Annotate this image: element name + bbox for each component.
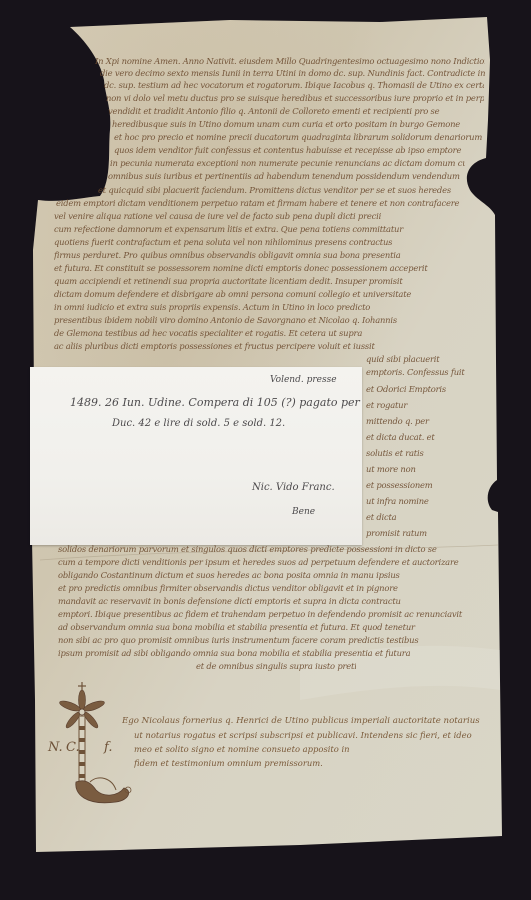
manuscript-line: dc. sup. testium ad hec vocatorum et rog… — [104, 80, 484, 90]
manuscript-line: et pro predictis omnibus firmiter observ… — [58, 583, 488, 593]
manuscript-line: vendidit et tradidit Antonio filio q. An… — [108, 106, 483, 116]
manuscript-line: obligando Costantinum dictum et suos her… — [58, 570, 488, 580]
manuscript-line: ut infra nomine — [366, 496, 490, 506]
manuscript-line: et dicta — [366, 512, 490, 522]
manuscript-line: de Glemona testibus ad hec vocatis speci… — [54, 328, 488, 338]
manuscript-line: quid sibi placuerit — [366, 354, 490, 364]
subscription-line: Ego Nicolaus fornerius q. Henrici de Uti… — [122, 716, 482, 726]
manuscript-line: cum a tempore dicti venditionis per ipsu… — [58, 557, 488, 567]
manuscript-line: quotiens fuerit contrafactum et pena sol… — [54, 237, 486, 247]
subscription-line: fidem et testimonium omnium premissorum. — [134, 758, 334, 768]
label-signature-subtitle: Bene — [292, 507, 315, 517]
manuscript-line: emptoris. Confessus fuit — [366, 367, 490, 377]
manuscript-line: promisit ratum — [366, 528, 490, 538]
manuscript-line: ac aliis pluribus dicti emptoris possess… — [54, 341, 488, 351]
notary-sign-letter-n: N. — [48, 740, 63, 755]
manuscript-line: quam accipiendi et retinendi sua propria… — [54, 276, 488, 286]
manuscript-line: non sibi ac pro quo promisit omnibus iur… — [58, 635, 488, 645]
manuscript-line: et dicta ducat. et — [366, 432, 490, 442]
manuscript-line: emptori. Ibique presentibus ac fidem et … — [58, 609, 488, 619]
manuscript-line: firmus perduret. Pro quibus omnibus obse… — [54, 250, 488, 260]
manuscript-line: non vi dolo vel metu ductus pro se suisq… — [106, 93, 484, 103]
manuscript-line: die vero decimo sexto mensis Iunii in te… — [100, 68, 485, 78]
manuscript-line: et de omnibus singulis supra iusto preti… — [196, 661, 356, 671]
manuscript-line: et hoc pro precio et nomine precii ducat… — [114, 132, 484, 142]
manuscript-line: mittendo q. per — [366, 416, 490, 426]
manuscript-line: solutis et ratis — [366, 448, 490, 458]
manuscript-line: et rogatur — [366, 400, 490, 410]
manuscript-line: ut more non — [366, 464, 490, 474]
label-line-1: 1489. 26 Iun. Udine. Compera di 105 (?) … — [70, 396, 360, 409]
manuscript-line: et possessionem — [366, 480, 486, 490]
manuscript-line: solidos denariorum parvorum et singulos … — [58, 544, 488, 554]
manuscript-line: presentibus ibidem nobili viro domino An… — [54, 315, 488, 325]
notary-sign-letter-c: C. — [66, 740, 80, 755]
manuscript-line: mandavit ac reservavit in bonis defensio… — [58, 596, 488, 606]
manuscript-line: in omni iudicio et extra suis propriis e… — [54, 302, 488, 312]
manuscript-line: in pecunia numerata exceptioni non numer… — [110, 158, 465, 168]
archival-paper-label: Volend. presse 1489. 26 Iun. Udine. Comp… — [30, 367, 362, 545]
manuscript-line: cum refectione damnorum et expensarum li… — [54, 224, 486, 234]
label-line-2: Duc. 42 e lire di sold. 5 e sold. 12. — [112, 418, 285, 429]
manuscript-line: et futura. Et constituit se possessorem … — [54, 263, 488, 273]
manuscript-line: eidem emptori dictam venditionem perpetu… — [56, 198, 478, 208]
subscription-line: ut notarius rogatus et scripsi subscrips… — [134, 730, 484, 740]
label-signature: Nic. Vido Franc. — [252, 482, 335, 493]
manuscript-line: ipsum promisit ad sibi obligando omnia s… — [58, 648, 468, 658]
manuscript-line: omnibus suis iuribus et pertinentiis ad … — [108, 171, 460, 181]
manuscript-line: quos idem venditor fuit confessus et con… — [114, 145, 484, 155]
manuscript-line: In Xpi nomine Amen. Anno Nativit. eiusde… — [95, 56, 485, 66]
document-scan: In Xpi nomine Amen. Anno Nativit. eiusde… — [0, 0, 531, 900]
manuscript-line: et quicquid sibi placuerit faciendum. Pr… — [98, 185, 470, 195]
manuscript-line: ad observandum omnia sua bona mobilia et… — [58, 622, 488, 632]
manuscript-line: dictam domum defendere et disbrigare ab … — [54, 289, 488, 299]
notary-sign-letter-f: f. — [104, 740, 112, 755]
subscription-line: meo et solito signo et nomine consueto a… — [134, 744, 484, 754]
manuscript-line: et Odorici Emptoris — [366, 384, 490, 394]
manuscript-line: heredibusque suis in Utino domum unam cu… — [112, 119, 482, 129]
manuscript-line: vel venire aliqua ratione vel causa de i… — [54, 211, 484, 221]
label-top-right-note: Volend. presse — [270, 375, 337, 385]
